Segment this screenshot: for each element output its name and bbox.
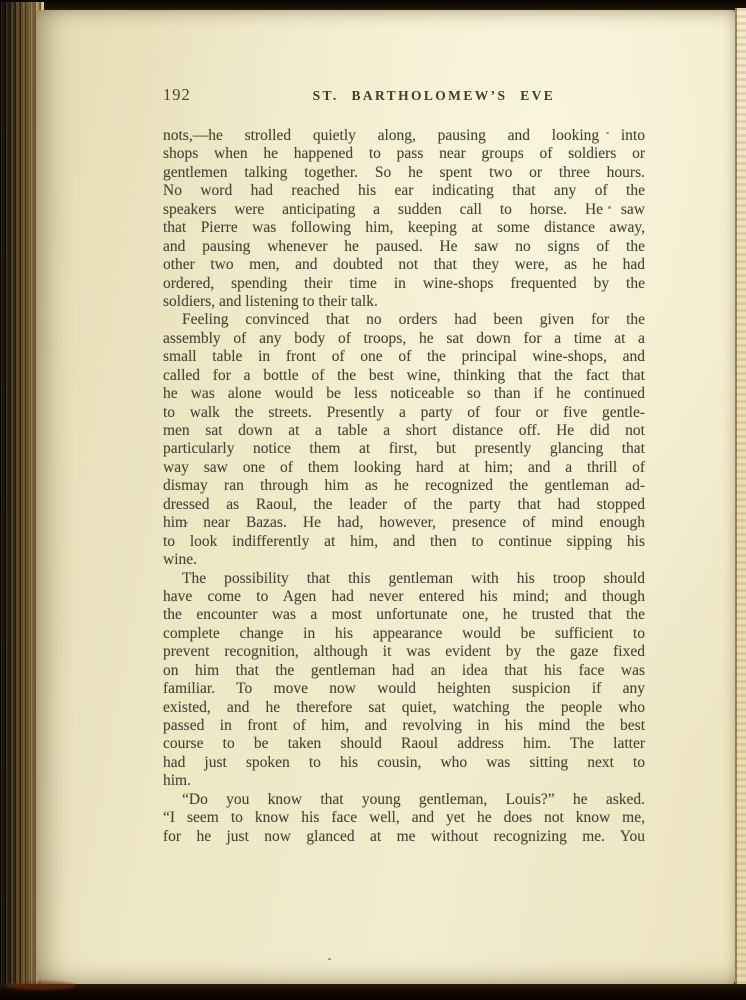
running-title-wrap: ST. BARTHOLOMEW’S EVE xyxy=(207,87,661,105)
text-line: other two men, and doubted not that they… xyxy=(163,256,645,274)
text-line: him. xyxy=(163,772,645,790)
text-line: gentlemen talking together. So he spent … xyxy=(163,164,645,182)
page-number: 192 xyxy=(163,85,191,105)
text-line: called for a bottle of the best wine, th… xyxy=(163,367,645,385)
text-line: that Pierre was following him, keeping a… xyxy=(163,219,645,237)
paragraph: Feeling convinced that no orders had bee… xyxy=(163,311,645,569)
text-line: familiar. To move now would heighten sus… xyxy=(163,680,645,698)
text-line: for he just now glanced at me without re… xyxy=(163,828,645,846)
text-line: and pausing whenever he paused. He saw n… xyxy=(163,238,645,256)
paragraph: “Do you know that young gentleman, Louis… xyxy=(163,791,645,846)
text-line: shops when he happened to pass near grou… xyxy=(163,145,645,163)
fore-edge-pages xyxy=(735,8,746,986)
text-line: to walk the streets. Presently a party o… xyxy=(163,404,645,422)
scanned-book-page: 192 ST. BARTHOLOMEW’S EVE nots,—he strol… xyxy=(0,0,746,1000)
book-page: 192 ST. BARTHOLOMEW’S EVE nots,—he strol… xyxy=(36,10,735,985)
text-line: he was alone would be less noticeable so… xyxy=(163,385,645,403)
text-line: dressed as Raoul, the leader of the part… xyxy=(163,496,645,514)
text-line: way saw one of them looking hard at him;… xyxy=(163,459,645,477)
text-line: “I seem to know his face well, and yet h… xyxy=(163,809,645,827)
text-line: dismay ran through him as he recognized … xyxy=(163,477,645,495)
text-line: assembly of any body of troops, he sat d… xyxy=(163,330,645,348)
text-line: course to be taken should Raoul address … xyxy=(163,735,645,753)
paragraph: The possibility that this gentleman with… xyxy=(163,570,645,791)
text-line: “Do you know that young gentleman, Louis… xyxy=(163,791,645,809)
text-line: wine. xyxy=(163,551,645,569)
scan-top-shadow xyxy=(0,0,746,10)
text-line: existed, and he therefore sat quiet, wat… xyxy=(163,699,645,717)
text-line: speakers were anticipating a sudden call… xyxy=(163,201,645,219)
page-header: 192 ST. BARTHOLOMEW’S EVE xyxy=(163,85,645,105)
text-line: complete change in his appearance would … xyxy=(163,625,645,643)
binding-corner-tint xyxy=(6,981,76,990)
text-line: had just spoken to his cousin, who was s… xyxy=(163,754,645,772)
text-line: on him that the gentleman had an idea th… xyxy=(163,662,645,680)
text-line: have come to Agen had never entered his … xyxy=(163,588,645,606)
text-line: No word had reached his ear indicating t… xyxy=(163,182,645,200)
text-line: particularly notice them at first, but p… xyxy=(163,440,645,458)
text-line: The possibility that this gentleman with… xyxy=(163,570,645,588)
text-line: ordered, spending their time in wine-sho… xyxy=(163,275,645,293)
text-line: passed in front of him, and revolving in… xyxy=(163,717,645,735)
text-line: prevent recognition, although it was evi… xyxy=(163,643,645,661)
text-line: men sat down at a table a short distance… xyxy=(163,422,645,440)
running-title: ST. BARTHOLOMEW’S EVE xyxy=(313,88,556,103)
text-line: soldiers, and listening to their talk. xyxy=(163,293,645,311)
page-speck xyxy=(328,958,331,960)
text-line: Feeling convinced that no orders had bee… xyxy=(163,311,645,329)
text-line: nots,—he strolled quietly along, pausing… xyxy=(163,127,645,145)
text-line: to look indifferently at him, and then t… xyxy=(163,533,645,551)
paragraph: nots,—he strolled quietly along, pausing… xyxy=(163,127,645,311)
text-line: the encounter was a most unfortunate one… xyxy=(163,606,645,624)
body-text: nots,—he strolled quietly along, pausing… xyxy=(163,127,645,846)
scan-bottom-shadow xyxy=(0,984,746,1000)
text-line: small table in front of one of the princ… xyxy=(163,348,645,366)
text-line: him near Bazas. He had, however, presenc… xyxy=(163,514,645,532)
